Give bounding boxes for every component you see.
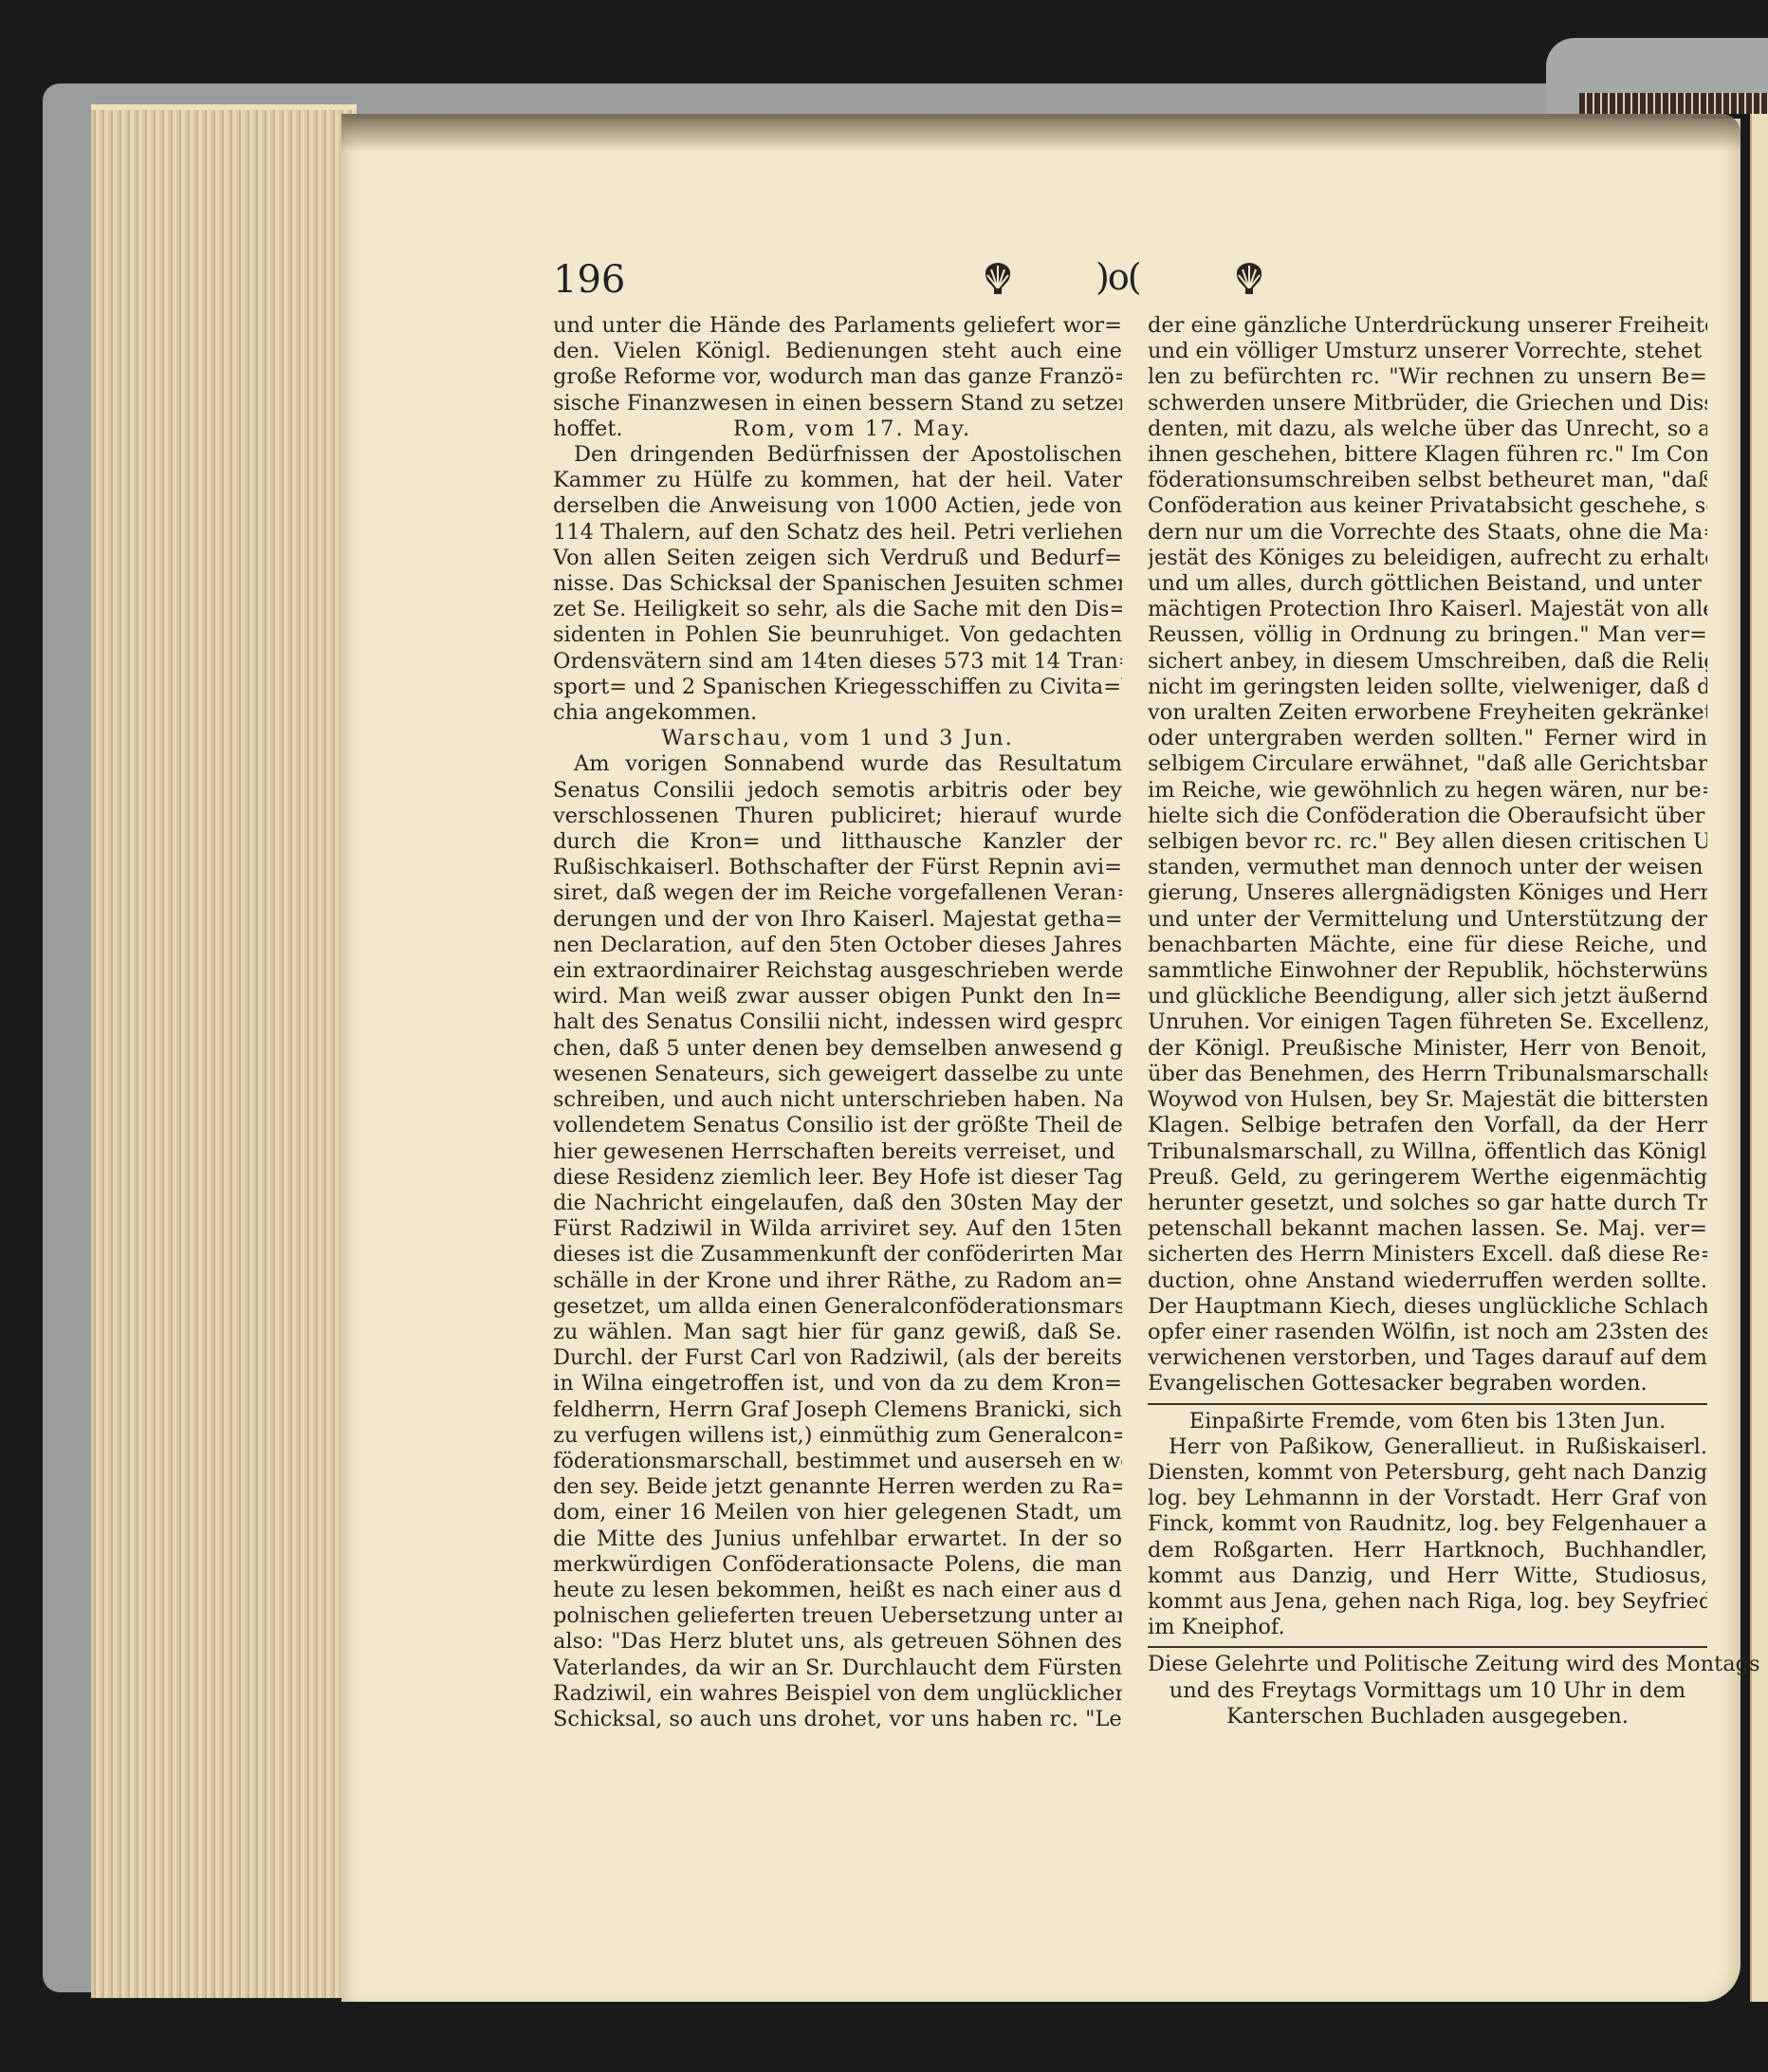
text-line: Der Hauptmann Kiech, dieses unglückliche… — [1148, 1294, 1707, 1320]
text-line: halt des Senatus Consilii nicht, indesse… — [553, 1009, 1122, 1035]
text-line: duction, ohne Anstand wiederruffen werde… — [1148, 1268, 1707, 1294]
fremde-list: Herr von Paßikow, Generallieut. in Rußis… — [1148, 1434, 1707, 1641]
text-line: dom, einer 16 Meilen von hier gelegenen … — [553, 1500, 1122, 1526]
text-line: die Nachricht eingelaufen, daß den 30ste… — [553, 1191, 1122, 1216]
text-line: vollendetem Senatus Consilio ist der grö… — [553, 1113, 1122, 1138]
text-line: dieses ist die Zusammenkunft der conföde… — [553, 1242, 1122, 1267]
text-line: im Kneiphof. — [1148, 1615, 1707, 1640]
text-line: sport= und 2 Spanischen Kriegesschiffen … — [553, 675, 1122, 700]
text-line: nisse. Das Schicksal der Spanischen Jesu… — [553, 571, 1122, 597]
gutter-edge — [1750, 114, 1768, 2002]
page-header: 196 )o( — [550, 254, 1698, 311]
text-line: zu verfugen willens ist,) einmüthig zum … — [553, 1423, 1122, 1449]
text-line: Preuß. Geld, zu geringerem Werthe eigenm… — [1148, 1165, 1707, 1191]
text-line: mächtigen Protection Ihro Kaiserl. Majes… — [1148, 597, 1707, 622]
text-line: gesetzet, um allda einen Generalconföder… — [553, 1294, 1122, 1320]
text-line: hielte sich die Conföderation die Oberau… — [1148, 804, 1707, 829]
text-line: und unter der Vermittelung und Unterstüt… — [1148, 907, 1707, 933]
text-line: Durchl. der Furst Carl von Radziwil, (al… — [553, 1345, 1122, 1371]
text-line: sammtliche Einwohner der Republik, höchs… — [1148, 958, 1707, 984]
text-line: Herr von Paßikow, Generallieut. in Rußis… — [1148, 1434, 1707, 1460]
text-line: zet Se. Heiligkeit so sehr, als die Sach… — [553, 597, 1122, 622]
section-divider — [1148, 1403, 1707, 1405]
text-line: die Mitte des Junius unfehlbar erwartet.… — [553, 1526, 1122, 1552]
text-line: den sey. Beide jetzt genannte Herren wer… — [553, 1474, 1122, 1500]
text-line: und unter die Hände des Parlaments gelie… — [553, 313, 1122, 339]
text-line: chia angekommen. — [553, 700, 1122, 726]
text-line: Klagen. Selbige betrafen den Vorfall, da… — [1148, 1113, 1707, 1138]
section-divider — [1148, 1646, 1707, 1648]
dateline-warschau: Warschau, vom 1 und 3 Jun. — [553, 726, 1122, 751]
text-line: Unruhen. Vor einigen Tagen führeten Se. … — [1148, 1009, 1707, 1035]
text-line: diese Residenz ziemlich leer. Bey Hofe i… — [553, 1165, 1122, 1191]
text-line: ein extraordinairer Reichstag ausgeschri… — [553, 958, 1122, 984]
text-line: schälle in der Krone und ihrer Räthe, zu… — [553, 1268, 1122, 1294]
text-line: kommt aus Jena, gehen nach Riga, log. be… — [1148, 1589, 1707, 1615]
fremde-heading: Einpaßirte Fremde, vom 6ten bis 13ten Ju… — [1148, 1409, 1707, 1434]
text-line: Rußischkaiserl. Bothschafter der Fürst R… — [553, 855, 1122, 880]
text-line: kommt aus Danzig, und Herr Witte, Studio… — [1148, 1563, 1707, 1589]
text-line: große Reforme vor, wodurch man das ganze… — [553, 364, 1122, 390]
rom-article: Den dringenden Bedürfnissen der Apostoli… — [553, 442, 1122, 726]
paris-article-end: und unter die Hände des Parlaments gelie… — [553, 313, 1122, 442]
text-line: heute zu lesen bekommen, heißt es nach e… — [553, 1578, 1122, 1603]
text-line: Den dringenden Bedürfnissen der Apostoli… — [553, 442, 1122, 468]
text-line: Diensten, kommt von Petersburg, geht nac… — [1148, 1460, 1707, 1486]
book-headband — [1579, 93, 1768, 114]
text-line: derungen und der von Ihro Kaiserl. Majes… — [553, 907, 1122, 933]
text-line: nicht im geringsten leiden sollte, vielw… — [1148, 675, 1707, 700]
text-line: Conföderation aus keiner Privatabsicht g… — [1148, 493, 1707, 519]
text-line: nen Declaration, auf den 5ten October di… — [553, 933, 1122, 958]
shell-ornament-icon — [982, 260, 1014, 296]
footer-line: und des Freytags Vormittags um 10 Uhr in… — [1148, 1678, 1707, 1704]
text-line: chen, daß 5 unter denen bey demselben an… — [553, 1036, 1122, 1062]
text-line: verschlossenen Thuren publiciret; hierau… — [553, 804, 1122, 829]
text-line: selbigen bevor rc. rc." Bey allen diesen… — [1148, 829, 1707, 855]
text-line: sische Finanzwesen in einen bessern Stan… — [553, 391, 1122, 416]
shell-ornament-icon — [1233, 260, 1265, 296]
text-line: hier gewesenen Herrschaften bereits verr… — [553, 1139, 1122, 1165]
text-line: wird. Man weiß zwar ausser obigen Punkt … — [553, 984, 1122, 1009]
footer-line: Diese Gelehrte und Politische Zeitung wi… — [1148, 1652, 1707, 1677]
left-column: und unter die Hände des Parlaments gelie… — [553, 313, 1122, 1732]
text-line: Vaterlandes, da wir an Sr. Durchlaucht d… — [553, 1656, 1122, 1681]
text-line: hoffet. Rom, vom 17. May. — [553, 416, 1122, 442]
text-line: benachbarten Mächte, eine für diese Reic… — [1148, 933, 1707, 958]
text-line: log. bey Lehmannn in der Vorstadt. Herr … — [1148, 1486, 1707, 1511]
text-line: herunter gesetzt, und solches so gar hat… — [1148, 1191, 1707, 1216]
text-line: Kammer zu Hülfe zu kommen, hat der heil.… — [553, 468, 1122, 493]
text-line: und um alles, durch göttlichen Beistand,… — [1148, 571, 1707, 597]
text-line: Evangelischen Gottesacker begraben worde… — [1148, 1371, 1707, 1397]
text-line: 114 Thalern, auf den Schatz des heil. Pe… — [553, 520, 1122, 546]
warschau-article: Am vorigen Sonnabend wurde das Resultatu… — [553, 751, 1122, 1732]
text-line: Am vorigen Sonnabend wurde das Resultatu… — [553, 751, 1122, 777]
text-line: und ein völliger Umsturz unserer Vorrech… — [1148, 339, 1707, 364]
warschau-article-continued: der eine gänzliche Unterdrückung unserer… — [1148, 313, 1707, 1397]
text-line: feldherrn, Herrn Graf Joseph Clemens Bra… — [553, 1397, 1122, 1423]
text-line: Reussen, völlig in Ordnung zu bringen." … — [1148, 622, 1707, 648]
text-line: den. Vielen Königl. Bedienungen steht au… — [553, 339, 1122, 364]
text-line: dern nur um die Vorrechte des Staats, oh… — [1148, 520, 1707, 546]
text-line: derselben die Anweisung von 1000 Actien,… — [553, 493, 1122, 519]
text-line: Schicksal, so auch uns drohet, vor uns h… — [553, 1707, 1122, 1732]
text-line: föderationsmarschall, bestimmet und ause… — [553, 1449, 1122, 1474]
text-line: in Wilna eingetroffen ist, und von da zu… — [553, 1371, 1122, 1397]
text-line: Ordensvätern sind am 14ten dieses 573 mi… — [553, 649, 1122, 675]
text-line: föderationsumschreiben selbst betheuret … — [1148, 468, 1707, 493]
text-line: durch die Kron= und litthausche Kanzler … — [553, 829, 1122, 855]
page-stack-edges — [91, 104, 357, 1998]
text-line: über das Benehmen, des Herrn Tribunalsma… — [1148, 1062, 1707, 1087]
text-line: Fürst Radziwil in Wilda arriviret sey. A… — [553, 1216, 1122, 1242]
text-line: also: "Das Herz blutet uns, als getreuen… — [553, 1629, 1122, 1655]
page-number: 196 — [553, 258, 625, 302]
page-top-shadow — [341, 114, 1740, 152]
text-line: standen, vermuthet man dennoch unter der… — [1148, 855, 1707, 880]
text-line: sidenten in Pohlen Sie beunruhiget. Von … — [553, 622, 1122, 648]
text-line: Von allen Seiten zeigen sich Verdruß und… — [553, 546, 1122, 571]
text-line: ihnen geschehen, bittere Klagen führen r… — [1148, 442, 1707, 468]
text-line: wesenen Senateurs, sich geweigert dassel… — [553, 1062, 1122, 1087]
text-line: verwichenen verstorben, und Tages darauf… — [1148, 1345, 1707, 1371]
text-line: denten, mit dazu, als welche über das Un… — [1148, 416, 1707, 442]
text-line: sicherten des Herrn Ministers Excell. da… — [1148, 1242, 1707, 1267]
text-line: gierung, Unseres allergnädigsten Königes… — [1148, 880, 1707, 906]
text-line: und glückliche Beendigung, aller sich je… — [1148, 984, 1707, 1009]
publication-footer: Diese Gelehrte und Politische Zeitung wi… — [1148, 1652, 1707, 1730]
text-line: merkwürdigen Conföderationsacte Polens, … — [553, 1552, 1122, 1578]
text-line: dem Roßgarten. Herr Hartknoch, Buchhandl… — [1148, 1538, 1707, 1563]
text-line: oder untergraben werden sollten." Ferner… — [1148, 726, 1707, 751]
text-line: Senatus Consilii jedoch semotis arbitris… — [553, 778, 1122, 804]
dateline-rom: Rom, vom 17. May. — [733, 416, 971, 442]
text-line: opfer einer rasenden Wölfin, ist noch am… — [1148, 1320, 1707, 1345]
text-line: schwerden unsere Mitbrüder, die Griechen… — [1148, 391, 1707, 416]
text-line: Radziwil, ein wahres Beispiel von dem un… — [553, 1681, 1122, 1707]
text-line: len zu befürchten rc. "Wir rechnen zu un… — [1148, 364, 1707, 390]
text-line: Woywod von Hulsen, bey Sr. Majestät die … — [1148, 1087, 1707, 1113]
text-line: Finck, kommt von Raudnitz, log. bey Felg… — [1148, 1511, 1707, 1537]
text-line: zu wählen. Man sagt hier für ganz gewiß,… — [553, 1320, 1122, 1345]
text-line: Tribunalsmarschall, zu Willna, öffentlic… — [1148, 1139, 1707, 1165]
footer-line: Kanterschen Buchladen ausgegeben. — [1148, 1704, 1707, 1730]
text-line: selbigem Circulare erwähnet, "daß alle G… — [1148, 751, 1707, 777]
text-line: im Reiche, wie gewöhnlich zu hegen wären… — [1148, 778, 1707, 804]
text-line: siret, daß wegen der im Reiche vorgefall… — [553, 880, 1122, 906]
text-line: sichert anbey, in diesem Umschreiben, da… — [1148, 649, 1707, 675]
right-column: der eine gänzliche Unterdrückung unserer… — [1148, 313, 1707, 1730]
text-line: der eine gänzliche Unterdrückung unserer… — [1148, 313, 1707, 339]
text-line: von uralten Zeiten erworbene Freyheiten … — [1148, 700, 1707, 726]
text-line: der Königl. Preußische Minister, Herr vo… — [1148, 1036, 1707, 1062]
text-line: polnischen gelieferten treuen Uebersetzu… — [553, 1603, 1122, 1629]
center-ornament: )o( — [1096, 256, 1140, 298]
text-line: schreiben, und auch nicht unterschrieben… — [553, 1087, 1122, 1113]
text-line: jestät des Königes zu beleidigen, aufrec… — [1148, 546, 1707, 571]
text-line: petenschall bekannt machen lassen. Se. M… — [1148, 1216, 1707, 1242]
